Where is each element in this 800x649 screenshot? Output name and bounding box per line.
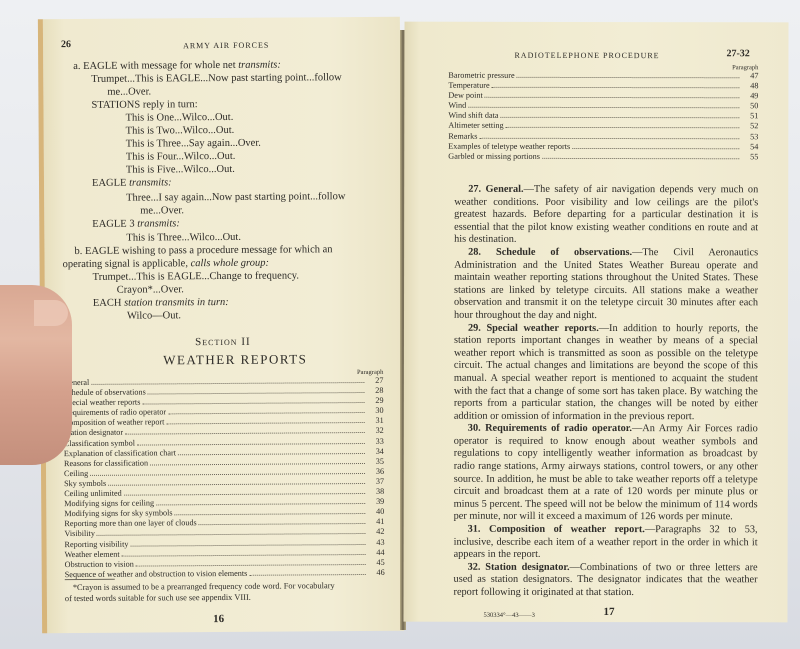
paragraph-31: 31. Composition of weather report.—Parag… [454,524,758,562]
paragraph-32: 32. Station designator.—Combinations of … [454,562,758,600]
line-each: EACH station transmits in turn: [93,297,229,310]
line-reply1: This is One...Wilco...Out. [126,112,234,125]
line-trumpet2: Trumpet...This is EAGLE...Change to freq… [93,270,299,284]
line-crayon: Crayon*...Over. [117,284,184,297]
footnote: *Crayon is assumed to be a prearranged f… [65,581,387,604]
thumbnail-nail [34,300,68,326]
right-toc: Paragraph Barometric pressure47 Temperat… [448,64,758,162]
line-a-intro: a. EAGLE with message for whole net tran… [73,60,281,74]
line-trumpet1-cont: me...Over. [107,86,151,99]
line-eagle3: EAGLE 3 transmits: [92,218,180,231]
right-page: RADIOTELEPHONE PROCEDURE 27-32 Paragraph… [403,22,788,623]
toc-row: Remarks53 [448,131,758,142]
paragraph-28: 28. Schedule of observations.—The Civil … [454,247,758,323]
line-three-wilco: This is Three...Wilco...Out. [126,232,241,245]
line-b-intro2: operating signal is applicable, calls wh… [63,258,269,272]
line-three-again: Three...I say again...Now past starting … [126,191,345,205]
line-reply4: This is Four...Wilco...Out. [126,151,236,164]
paragraph-29: 29. Special weather reports.—In addition… [454,322,758,423]
section-title: WEATHER REPORTS [163,353,307,366]
toc-row: Altimeter setting52 [448,121,758,132]
line-reply2: This is Two...Wilco...Out. [126,125,235,138]
left-toc: Paragraph General27 Schedule of observat… [63,369,384,580]
line-b-intro: b. EAGLE wishing to pass a procedure mes… [74,244,332,258]
toc-row: Examples of teletype weather reports54 [448,141,758,152]
right-body: 27. General.—The safety of air navigatio… [454,184,759,600]
right-page-number: 17 [603,606,614,618]
line-trumpet1: Trumpet...This is EAGLE...Now past start… [91,72,342,86]
line-reply3: This is Three...Say again...Over. [126,138,261,151]
print-code: 530334°—43——3 [483,612,534,619]
line-three-again-cont: me...Over. [140,205,184,218]
section-label: Section II [195,336,251,349]
right-folio: 27-32 [726,48,749,60]
paragraph-27: 27. General.—The safety of air navigatio… [454,184,758,247]
line-stations-reply: STATIONS reply in turn: [91,99,197,112]
toc-row: Wind50 [448,101,758,112]
left-folio: 26 [61,39,71,51]
left-page: 26 ARMY AIR FORCES a. EAGLE with message… [38,17,404,634]
line-wilco-out: Wilco—Out. [127,310,181,323]
left-page-number: 16 [213,613,224,625]
toc-row: Barometric pressure47 [448,71,758,82]
line-reply5: This is Five...Wilco...Out. [126,164,235,177]
left-running-head: ARMY AIR FORCES [183,40,269,53]
toc-row: Dew point49 [448,91,758,102]
right-running-head: RADIOTELEPHONE PROCEDURE [514,50,659,63]
toc-row: Wind shift data51 [448,111,758,122]
toc-row: Temperature48 [448,81,758,92]
footnote-rule [65,579,115,580]
paragraph-30: 30. Requirements of radio operator.—An A… [454,423,758,524]
line-eagle-transmits: EAGLE transmits: [92,177,172,190]
toc-row: Garbled or missing portions55 [448,151,758,162]
